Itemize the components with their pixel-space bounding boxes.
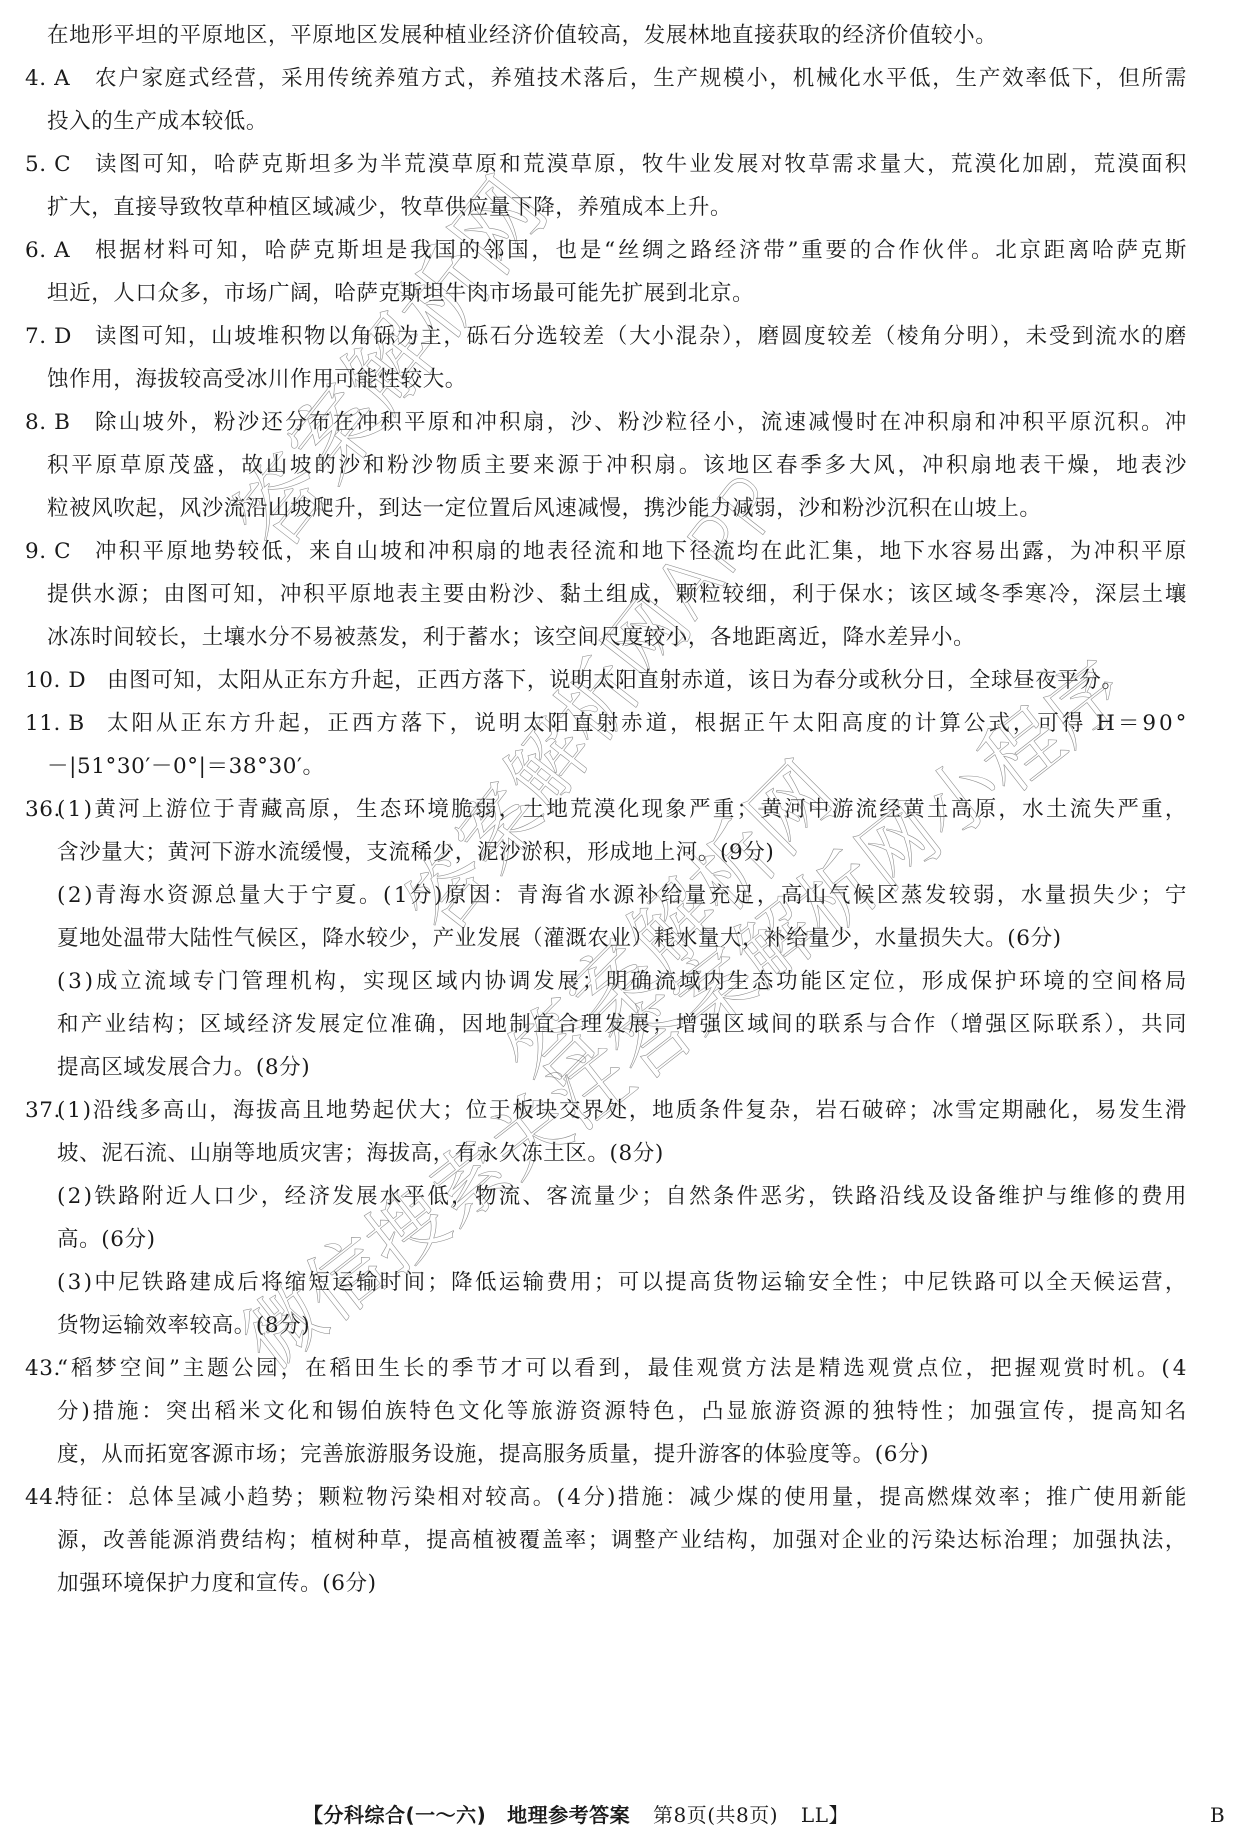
answer-item-line: 7. D读图可知，山坡堆积物以角砾为主，砾石分选较差（大小混杂），磨圆度较差（棱… <box>25 315 1187 358</box>
answer-text: 在地形平坦的平原地区，平原地区发展种植业经济价值较高，发展林地直接获取的经济价值… <box>47 23 997 48</box>
answer-text: 夏地处温带大陆性气候区，降水较少，产业发展（灌溉农业）耗水量大，补给量少，水量损… <box>57 926 1062 951</box>
answer-continuation-line: 源，改善能源消费结构；植树种草，提高植被覆盖率；调整产业结构，加强对企业的污染达… <box>25 1519 1187 1562</box>
answer-text: 积平原草原茂盛，故山坡的沙和粉沙物质主要来源于冲积扇。该地区春季多大风，冲积扇地… <box>47 453 1189 478</box>
answer-text: 高。(6分) <box>57 1227 156 1252</box>
answer-text: 货物运输效率较高。(8分) <box>57 1313 310 1338</box>
question-number: 9. C <box>25 530 95 573</box>
answer-text: 根据材料可知，哈萨克斯坦是我国的邻国，也是“丝绸之路经济带”重要的合作伙伴。北京… <box>95 238 1189 263</box>
answer-continuation-line: 度，从而拓宽客源市场；完善旅游服务设施，提高服务质量，提升游客的体验度等。(6分… <box>25 1433 1187 1476</box>
answer-text: (2)铁路附近人口少，经济发展水平低，物流、客流量少；自然条件恶劣，铁路沿线及设… <box>57 1184 1189 1209</box>
answer-text: 读图可知，哈萨克斯坦多为半荒漠草原和荒漠草原，牧牛业发展对牧草需求量大，荒漠化加… <box>95 152 1189 177</box>
document-page: 在地形平坦的平原地区，平原地区发展种植业经济价值较高，发展林地直接获取的经济价值… <box>0 0 1235 1842</box>
answer-item-line: 5. C读图可知，哈萨克斯坦多为半荒漠草原和荒漠草原，牧牛业发展对牧草需求量大，… <box>25 143 1187 186</box>
question-number: 5. C <box>25 143 95 186</box>
answer-text: 特征：总体呈减小趋势；颗粒物污染相对较高。(4分)措施：减少煤的使用量，提高燃煤… <box>57 1485 1189 1510</box>
answer-continuation-line: 坡、泥石流、山崩等地质灾害；海拔高，有永久冻土区。(8分) <box>25 1132 1187 1175</box>
question-number: 7. D <box>25 315 95 358</box>
answer-item-line: 44.特征：总体呈减小趋势；颗粒物污染相对较高。(4分)措施：减少煤的使用量，提… <box>25 1476 1187 1519</box>
answer-continuation-line: 粒被风吹起，风沙流沿山坡爬升，到达一定位置后风速减慢，携沙能力减弱，沙和粉沙沉积… <box>25 487 1187 530</box>
answer-text: 分)措施：突出稻米文化和锡伯族特色文化等旅游资源特色，凸显旅游资源的独特性；加强… <box>57 1399 1189 1424</box>
answer-text: (3)成立流域专门管理机构，实现区域内协调发展；明确流域内生态功能区定位，形成保… <box>57 969 1189 994</box>
answer-key-body: 在地形平坦的平原地区，平原地区发展种植业经济价值较高，发展林地直接获取的经济价值… <box>25 14 1187 1605</box>
answer-text: 坡、泥石流、山崩等地质灾害；海拔高，有永久冻土区。(8分) <box>57 1141 664 1166</box>
question-number: 36. <box>25 788 57 831</box>
answer-continuation-line: 冰冻时间较长，土壤水分不易被蒸发，利于蓄水；该空间尺度较小，各地距离近，降水差异… <box>25 616 1187 659</box>
answer-continuation-line: 提供水源；由图可知，冲积平原地表主要由粉沙、黏土组成，颗粒较细，利于保水；该区域… <box>25 573 1187 616</box>
answer-continuation-line: (3)中尼铁路建成后将缩短运输时间；降低运输费用；可以提高货物运输安全性；中尼铁… <box>25 1261 1187 1304</box>
answer-text: 度，从而拓宽客源市场；完善旅游服务设施，提高服务质量，提升游客的体验度等。(6分… <box>57 1442 929 1467</box>
answer-continuation-line: 坦近，人口众多，市场广阔，哈萨克斯坦牛肉市场最可能先扩展到北京。 <box>25 272 1187 315</box>
answer-item-line: 9. C冲积平原地势较低，来自山坡和冲积扇的地表径流和地下径流均在此汇集，地下水… <box>25 530 1187 573</box>
version-mark: B <box>1210 1798 1225 1832</box>
question-number: 4. A <box>25 57 95 100</box>
answer-text: 读图可知，山坡堆积物以角砾为主，砾石分选较差（大小混杂），磨圆度较差（棱角分明）… <box>95 324 1188 349</box>
page-footer: 【分科综合(一～六) 地理参考答案 第8页(共8页) LL】 B <box>0 1798 1235 1832</box>
answer-text: 冰冻时间较长，土壤水分不易被蒸发，利于蓄水；该空间尺度较小，各地距离近，降水差异… <box>47 625 975 650</box>
answer-continuation-line: 分)措施：突出稻米文化和锡伯族特色文化等旅游资源特色，凸显旅游资源的独特性；加强… <box>25 1390 1187 1433</box>
answer-text: (3)中尼铁路建成后将缩短运输时间；降低运输费用；可以提高货物运输安全性；中尼铁… <box>57 1270 1189 1295</box>
answer-text: (1)黄河上游位于青藏高原，生态环境脆弱，土地荒漠化现象严重；黄河中游流经黄土高… <box>57 797 1189 822</box>
answer-continuation-line: 加强环境保护力度和宣传。(6分) <box>25 1562 1187 1605</box>
answer-text: (1)沿线多高山，海拔高且地势起伏大；位于板块交界处，地质条件复杂，岩石破碎；冰… <box>57 1098 1188 1123</box>
answer-item-line: 10. D由图可知，太阳从正东方升起，正西方落下，说明太阳直射赤道，该日为春分或… <box>25 659 1187 702</box>
answer-text: 提高区域发展合力。(8分) <box>57 1055 310 1080</box>
answer-text: 蚀作用，海拔较高受冰川作用可能性较大。 <box>47 367 467 392</box>
question-number: 6. A <box>25 229 95 272</box>
answer-continuation-line: 扩大，直接导致牧草种植区域减少，牧草供应量下降，养殖成本上升。 <box>25 186 1187 229</box>
answer-text: 太阳从正东方升起，正西方落下，说明太阳直射赤道，根据正午太阳高度的计算公式，可得… <box>107 711 1189 736</box>
answer-text: 和产业结构；区域经济发展定位准确，因地制宜合理发展；增强区域间的联系与合作（增强… <box>57 1012 1189 1037</box>
answer-continuation-line: 积平原草原茂盛，故山坡的沙和粉沙物质主要来源于冲积扇。该地区春季多大风，冲积扇地… <box>25 444 1187 487</box>
answer-continuation-line: 和产业结构；区域经济发展定位准确，因地制宜合理发展；增强区域间的联系与合作（增强… <box>25 1003 1187 1046</box>
footer-code: LL】 <box>801 1803 849 1827</box>
answer-text: 坦近，人口众多，市场广阔，哈萨克斯坦牛肉市场最可能先扩展到北京。 <box>47 281 754 306</box>
answer-text: 投入的生产成本较低。 <box>47 109 268 134</box>
answer-text: 提供水源；由图可知，冲积平原地表主要由粉沙、黏土组成，颗粒较细，利于保水；该区域… <box>47 582 1188 607</box>
answer-text: 扩大，直接导致牧草种植区域减少，牧草供应量下降，养殖成本上升。 <box>47 195 732 220</box>
question-number: 44. <box>25 1476 57 1519</box>
answer-continuation-line: 投入的生产成本较低。 <box>25 100 1187 143</box>
answer-continuation-line: 在地形平坦的平原地区，平原地区发展种植业经济价值较高，发展林地直接获取的经济价值… <box>25 14 1187 57</box>
answer-item-line: 11. B太阳从正东方升起，正西方落下，说明太阳直射赤道，根据正午太阳高度的计算… <box>25 702 1187 745</box>
answer-continuation-line: (2)青海水资源总量大于宁夏。(1分)原因：青海省水源补给量充足，高山气候区蒸发… <box>25 874 1187 917</box>
answer-text: 农户家庭式经营，采用传统养殖方式，养殖技术落后，生产规模小，机械化水平低，生产效… <box>95 66 1188 91</box>
footer-label: 【分科综合(一～六) 地理参考答案 第8页(共8页) LL】 <box>303 1798 849 1832</box>
question-number: 10. D <box>25 659 107 702</box>
answer-item-line: 4. A农户家庭式经营，采用传统养殖方式，养殖技术落后，生产规模小，机械化水平低… <box>25 57 1187 100</box>
answer-continuation-line: (2)铁路附近人口少，经济发展水平低，物流、客流量少；自然条件恶劣，铁路沿线及设… <box>25 1175 1187 1218</box>
answer-text: “稻梦空间”主题公园，在稻田生长的季节才可以看到，最佳观赏方法是精选观赏点位，把… <box>57 1356 1189 1381</box>
answer-text: 粒被风吹起，风沙流沿山坡爬升，到达一定位置后风速减慢，携沙能力减弱，沙和粉沙沉积… <box>47 496 1042 521</box>
answer-continuation-line: (3)成立流域专门管理机构，实现区域内协调发展；明确流域内生态功能区定位，形成保… <box>25 960 1187 1003</box>
answer-item-line: 8. B除山坡外，粉沙还分布在冲积平原和冲积扇，沙、粉沙粒径小，流速减慢时在冲积… <box>25 401 1187 444</box>
answer-continuation-line: 夏地处温带大陆性气候区，降水较少，产业发展（灌溉农业）耗水量大，补给量少，水量损… <box>25 917 1187 960</box>
answer-text: (2)青海水资源总量大于宁夏。(1分)原因：青海省水源补给量充足，高山气候区蒸发… <box>57 883 1189 908</box>
answer-item-line: 37.(1)沿线多高山，海拔高且地势起伏大；位于板块交界处，地质条件复杂，岩石破… <box>25 1089 1187 1132</box>
answer-text: 源，改善能源消费结构；植树种草，提高植被覆盖率；调整产业结构，加强对企业的污染达… <box>57 1528 1188 1553</box>
answer-continuation-line: 提高区域发展合力。(8分) <box>25 1046 1187 1089</box>
question-number: 8. B <box>25 401 95 444</box>
answer-text: 除山坡外，粉沙还分布在冲积平原和冲积扇，沙、粉沙粒径小，流速减慢时在冲积扇和冲积… <box>95 410 1189 435</box>
answer-continuation-line: 蚀作用，海拔较高受冰川作用可能性较大。 <box>25 358 1187 401</box>
answer-text: 含沙量大；黄河下游水流缓慢，支流稀少，泥沙淤积，形成地上河。(9分) <box>57 840 774 865</box>
answer-continuation-line: 含沙量大；黄河下游水流缓慢，支流稀少，泥沙淤积，形成地上河。(9分) <box>25 831 1187 874</box>
answer-continuation-line: 高。(6分) <box>25 1218 1187 1261</box>
answer-text: 冲积平原地势较低，来自山坡和冲积扇的地表径流和地下径流均在此汇集，地下水容易出露… <box>95 539 1189 564</box>
answer-text: 加强环境保护力度和宣传。(6分) <box>57 1571 377 1596</box>
answer-continuation-line: 货物运输效率较高。(8分) <box>25 1304 1187 1347</box>
question-number: 37. <box>25 1089 57 1132</box>
answer-item-line: 6. A根据材料可知，哈萨克斯坦是我国的邻国，也是“丝绸之路经济带”重要的合作伙… <box>25 229 1187 272</box>
answer-text: －|51°30′－0°|＝38°30′。 <box>47 754 325 779</box>
footer-series: 【分科综合(一～六) <box>303 1803 486 1827</box>
footer-page-number: 第8页(共8页) <box>653 1803 778 1827</box>
question-number: 43. <box>25 1347 57 1390</box>
footer-subject: 地理参考答案 <box>507 1803 630 1827</box>
answer-item-line: 36.(1)黄河上游位于青藏高原，生态环境脆弱，土地荒漠化现象严重；黄河中游流经… <box>25 788 1187 831</box>
question-number: 11. B <box>25 702 107 745</box>
answer-item-line: 43.“稻梦空间”主题公园，在稻田生长的季节才可以看到，最佳观赏方法是精选观赏点… <box>25 1347 1187 1390</box>
answer-continuation-line: －|51°30′－0°|＝38°30′。 <box>25 745 1187 788</box>
answer-text: 由图可知，太阳从正东方升起，正西方落下，说明太阳直射赤道，该日为春分或秋分日，全… <box>107 668 1124 693</box>
